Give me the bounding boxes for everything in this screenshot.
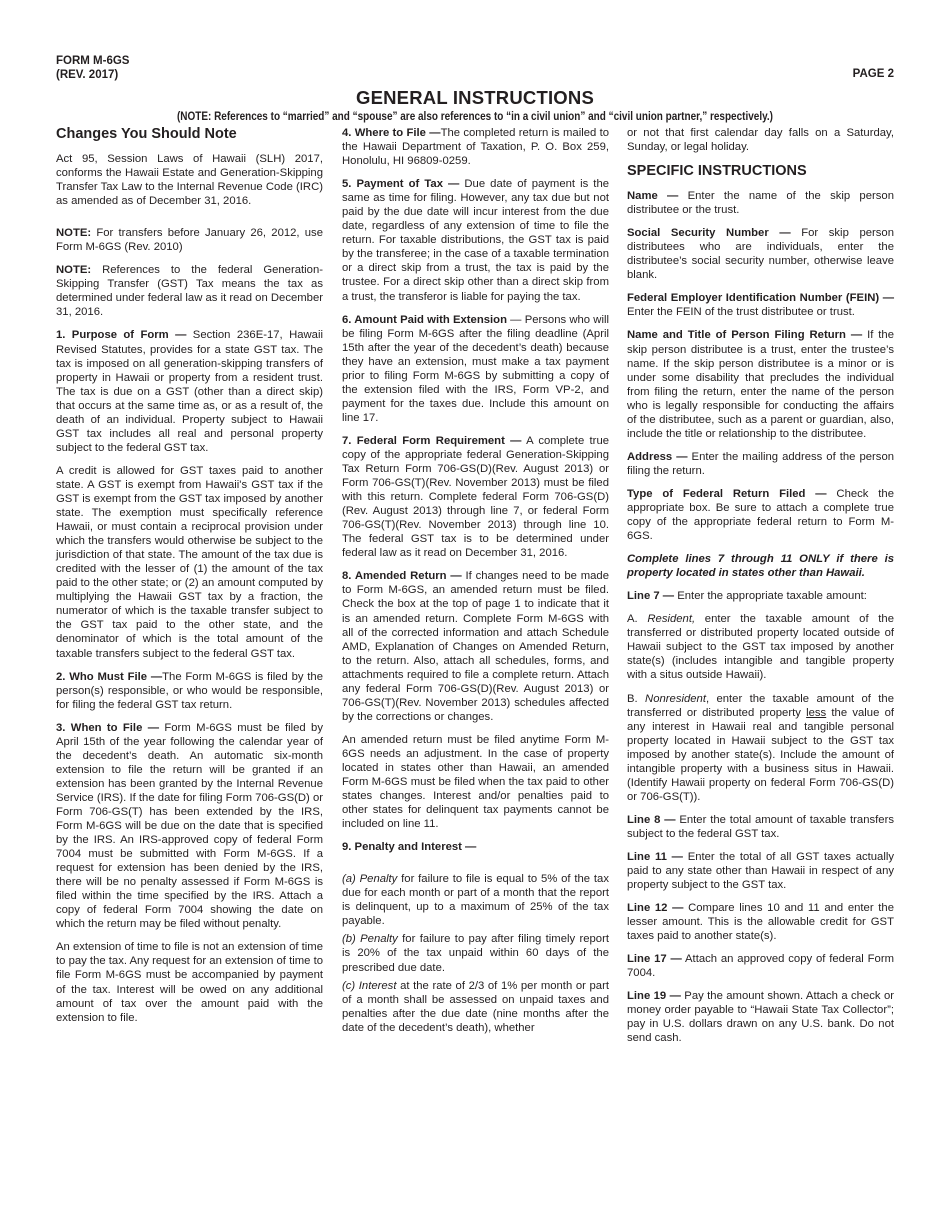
- column-right: or not that first calendar day falls on …: [627, 126, 894, 1055]
- instruction-paragraph: Line 17 — Attach an approved copy of fed…: [627, 952, 894, 980]
- column-middle: 4. Where to File —The completed return i…: [342, 126, 609, 1044]
- instruction-paragraph: 8. Amended Return — If changes need to b…: [342, 569, 609, 724]
- instruction-paragraph: Line 12 — Compare lines 10 and 11 and en…: [627, 901, 894, 943]
- instruction-paragraph: Type of Federal Return Filed — Check the…: [627, 487, 894, 543]
- form-id: FORM M-6GS: [56, 54, 129, 68]
- instruction-paragraph: Social Security Number — For skip person…: [627, 226, 894, 282]
- instruction-paragraph: 3. When to File — Form M-6GS must be fil…: [56, 721, 323, 932]
- instruction-paragraph: Act 95, Session Laws of Hawaii (SLH) 201…: [56, 152, 323, 208]
- instruction-paragraph: NOTE: References to the federal Generati…: [56, 263, 323, 319]
- instruction-paragraph: Name and Title of Person Filing Return —…: [627, 328, 894, 440]
- civil-union-note: (NOTE: References to “married” and “spou…: [67, 110, 884, 123]
- page-number: PAGE 2: [853, 68, 894, 80]
- instruction-paragraph: 2. Who Must File —The Form M-6GS is file…: [56, 670, 323, 712]
- form-revision: (REV. 2017): [56, 68, 129, 82]
- section-heading: Changes You Should Note: [56, 126, 323, 143]
- instruction-paragraph: A credit is allowed for GST taxes paid t…: [56, 464, 323, 661]
- instruction-paragraph: Name — Enter the name of the skip person…: [627, 189, 894, 217]
- form-identifier: FORM M-6GS (REV. 2017): [56, 54, 129, 82]
- instruction-paragraph: 6. Amount Paid with Extension — Persons …: [342, 313, 609, 425]
- instruction-paragraph: B. Nonresident, enter the taxable amount…: [627, 692, 894, 804]
- instruction-paragraph: Line 8 — Enter the total amount of taxab…: [627, 813, 894, 841]
- instruction-paragraph: (b) Penalty for failure to pay after fil…: [342, 932, 609, 974]
- instruction-paragraph: Line 7 — Enter the appropriate taxable a…: [627, 589, 894, 603]
- instruction-paragraph: NOTE: For transfers before January 26, 2…: [56, 226, 323, 254]
- instruction-paragraph: Line 19 — Pay the amount shown. Attach a…: [627, 989, 894, 1045]
- instruction-paragraph: (a) Penalty for failure to file is equal…: [342, 872, 609, 928]
- instruction-paragraph: An amended return must be filed anytime …: [342, 733, 609, 831]
- instruction-paragraph: 9. Penalty and Interest —: [342, 840, 609, 854]
- instruction-paragraph: or not that first calendar day falls on …: [627, 126, 894, 154]
- instruction-paragraph: 1. Purpose of Form — Section 236E-17, Ha…: [56, 328, 323, 454]
- instruction-paragraph: (c) Interest at the rate of 2/3 of 1% pe…: [342, 979, 609, 1035]
- instruction-paragraph: Address — Enter the mailing address of t…: [627, 450, 894, 478]
- instruction-paragraph: Federal Employer Identification Number (…: [627, 291, 894, 319]
- section-heading: SPECIFIC INSTRUCTIONS: [627, 163, 894, 180]
- instruction-paragraph: 5. Payment of Tax — Due date of payment …: [342, 177, 609, 303]
- instruction-paragraph: Line 11 — Enter the total of all GST tax…: [627, 850, 894, 892]
- instruction-paragraph: A. Resident, enter the taxable amount of…: [627, 612, 894, 682]
- instruction-paragraph: An extension of time to file is not an e…: [56, 940, 323, 1024]
- column-left: Changes You Should NoteAct 95, Session L…: [56, 126, 323, 1034]
- instruction-paragraph: 4. Where to File —The completed return i…: [342, 126, 609, 168]
- instruction-paragraph: Complete lines 7 through 11 ONLY if ther…: [627, 552, 894, 580]
- page-title: GENERAL INSTRUCTIONS: [0, 87, 950, 109]
- instruction-paragraph: 7. Federal Form Requirement — A complete…: [342, 434, 609, 560]
